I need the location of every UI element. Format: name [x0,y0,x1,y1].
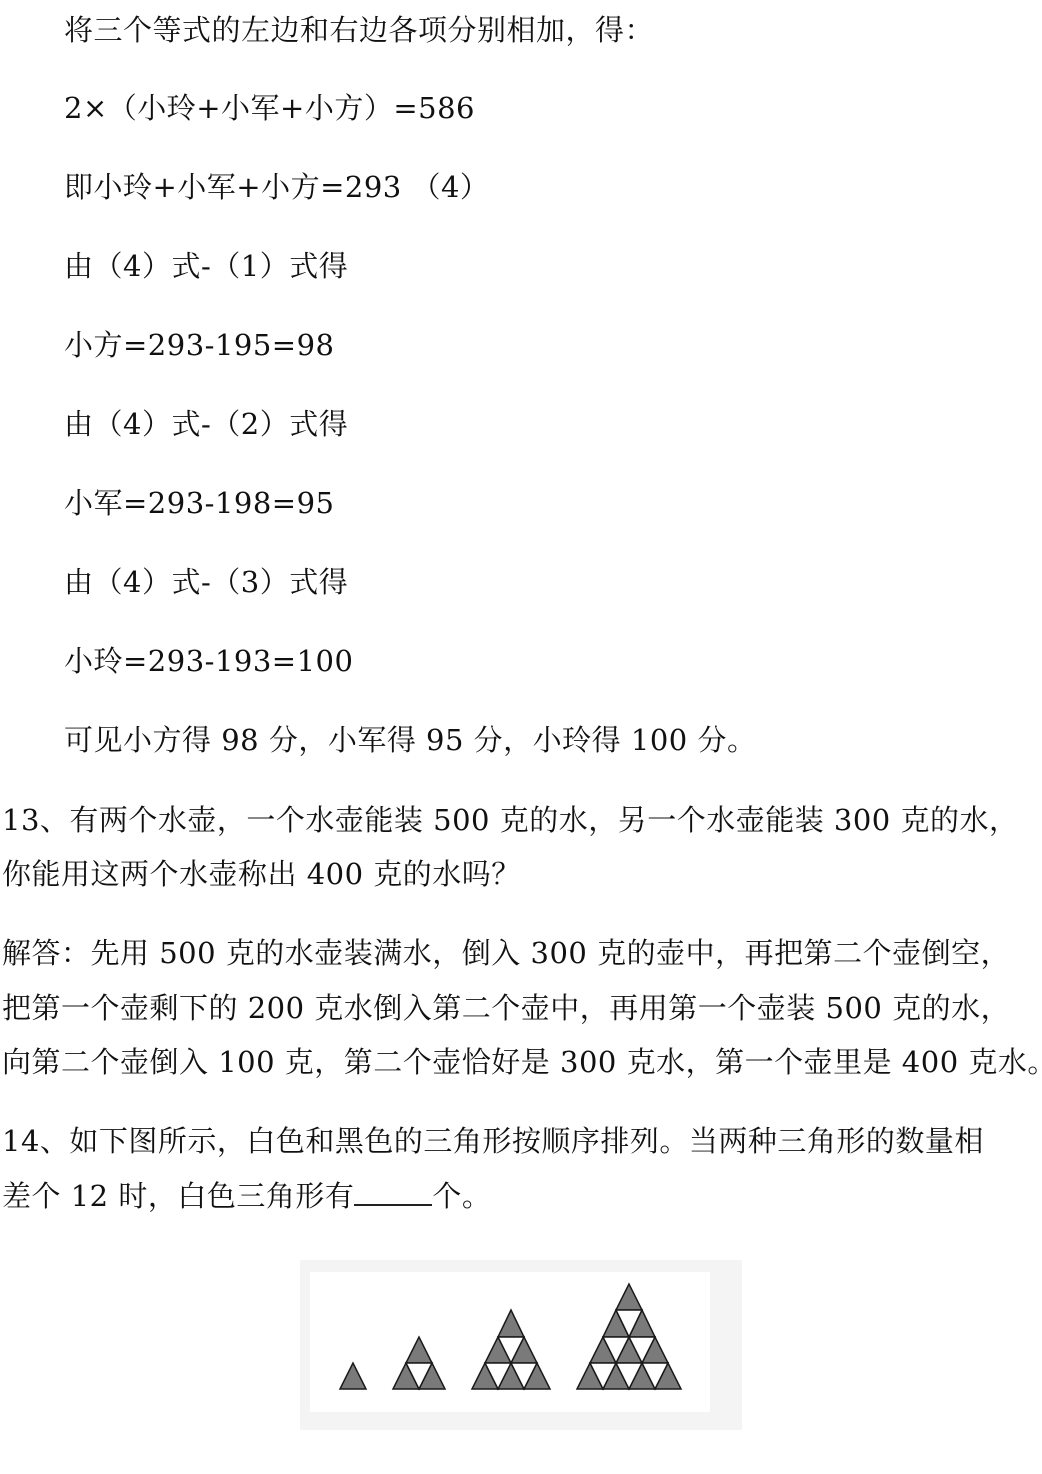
step-line: 由（4）式-（2）式得 [64,406,348,442]
step-line: 即小玲+小军+小方=293 （4） [64,169,489,205]
step-line: 由（4）式-（1）式得 [64,248,348,284]
step-line: 将三个等式的左边和右边各项分别相加，得： [64,12,654,48]
step-line: 小军=293-198=95 [64,485,335,521]
triangle-pattern-figure [300,1260,742,1430]
question-13-line-1: 13、有两个水壶，一个水壶能装 500 克的水，另一个水壶能装 300 克的水， [2,802,1018,838]
answer-13-line-1: 解答：先用 500 克的水壶装满水，倒入 300 克的壶中，再把第二个壶倒空， [2,935,1010,971]
answer-13-line-3: 向第二个壶倒入 100 克，第二个壶恰好是 300 克水，第一个壶里是 400 … [2,1044,1042,1080]
step-line: 小玲=293-193=100 [64,643,353,679]
question-14-text-end: 个。 [432,1179,491,1213]
step-line: 小方=293-195=98 [64,327,335,363]
step-line: 2×（小玲+小军+小方）=586 [64,90,475,126]
question-14-line-1: 14、如下图所示，白色和黑色的三角形按顺序排列。当两种三角形的数量相 [2,1123,984,1159]
answer-blank[interactable] [354,1178,432,1206]
triangle-pattern-icon [300,1260,742,1430]
question-13-line-2: 你能用这两个水壶称出 400 克的水吗？ [2,856,521,892]
question-14-line-2: 差个 12 时，白色三角形有个。 [2,1178,491,1214]
conclusion-line: 可见小方得 98 分，小军得 95 分，小玲得 100 分。 [64,722,756,758]
question-14-text: 差个 12 时，白色三角形有 [2,1179,354,1213]
answer-13-line-2: 把第一个壶剩下的 200 克水倒入第二个壶中，再用第一个壶装 500 克的水， [2,990,1010,1026]
step-line: 由（4）式-（3）式得 [64,564,348,600]
